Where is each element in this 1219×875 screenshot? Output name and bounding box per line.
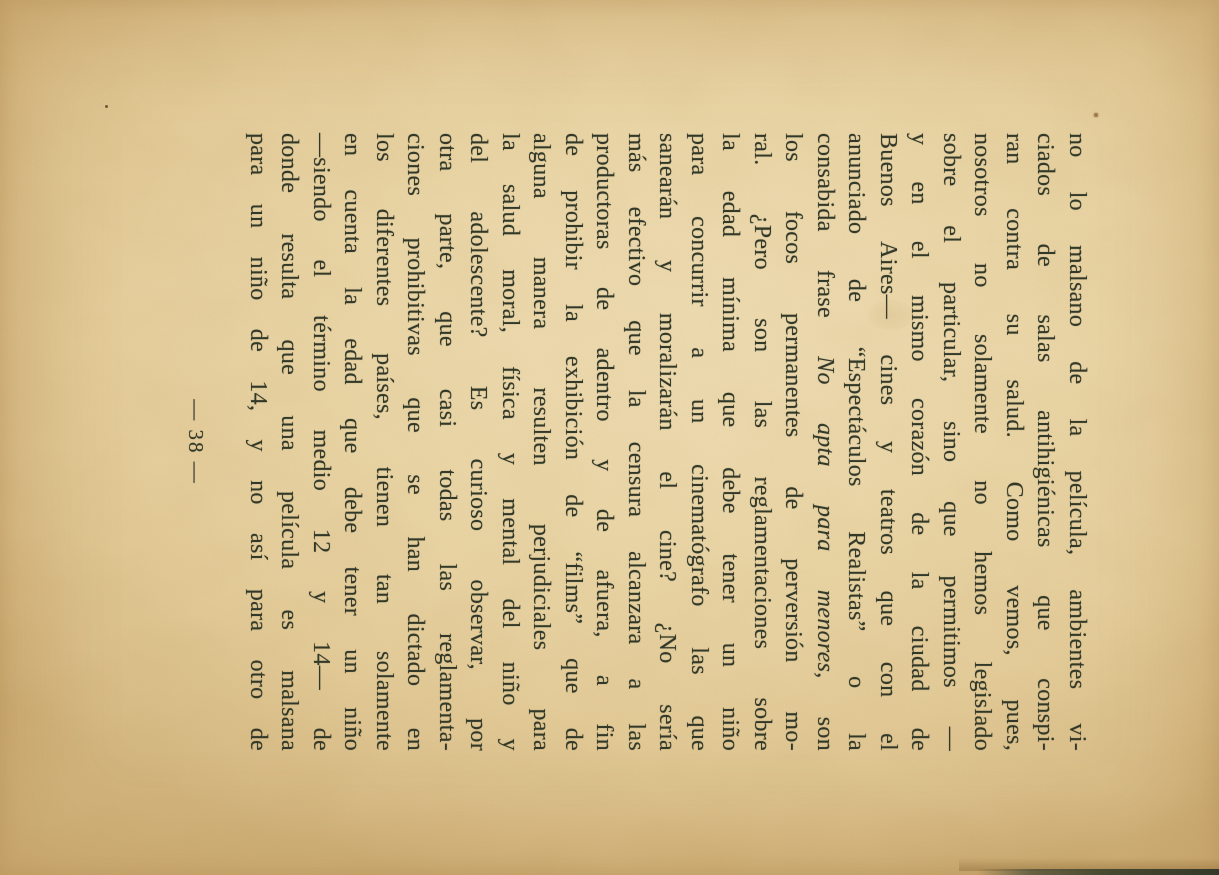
text-segment: anunciado de “Espectáculos Realistas” o … <box>844 133 870 751</box>
text-line: en cuenta la edad que debe tener un niño <box>336 133 368 751</box>
text-line: la edad mínima que debe tener un niño <box>714 133 746 751</box>
page-text: no lo malsano de la película, ambientes … <box>242 133 1095 751</box>
text-line: la salud moral, física y mental del niño… <box>494 133 526 751</box>
text-segment: ral. ¿Pero son las reglamentaciones sobr… <box>749 133 775 751</box>
text-line: los focos permanentes de perversión mo- <box>777 133 809 751</box>
text-segment: sobre el particular, sino que permitimos… <box>938 133 964 751</box>
text-segment: ciados de salas antihigiénicas que consp… <box>1033 133 1059 751</box>
paper-speck <box>105 105 108 108</box>
book-page: no lo malsano de la película, ambientes … <box>184 133 1094 751</box>
text-line: donde resulta que una película es malsan… <box>273 133 305 751</box>
text-segment: ciones prohibitivas que se han dictado e… <box>403 133 429 751</box>
text-segment: productoras de adentro y de afuera, a fi… <box>592 133 618 751</box>
text-line: y en el mismo corazón de la ciudad de <box>903 133 935 751</box>
text-line: ral. ¿Pero son las reglamentaciones sobr… <box>746 133 778 751</box>
text-line: ran contra su salud. Como vemos, pues, <box>998 133 1030 751</box>
text-line: no lo malsano de la película, ambientes … <box>1061 133 1093 751</box>
scanned-book-page: no lo malsano de la película, ambientes … <box>0 0 1219 875</box>
text-line: sanearán y moralizarán el cine? ¿No serí… <box>651 133 683 751</box>
text-line: nosotros no solamente no hemos legislado <box>966 133 998 751</box>
text-line: para concurrir a un cinematógrafo las qu… <box>683 133 715 751</box>
text-line: consabida frase No apta para menores, so… <box>809 133 841 751</box>
text-line: más efectivo que la censura alcanzara a … <box>620 133 652 751</box>
text-line: para un niño de 14, y no así para otro d… <box>242 133 274 751</box>
text-segment: la edad mínima que debe tener un niño <box>718 133 744 751</box>
text-segment: para un niño de 14, y no así para otro d… <box>245 133 271 751</box>
text-segment: donde resulta que una película es malsan… <box>277 133 303 751</box>
text-line: anunciado de “Espectáculos Realistas” o … <box>840 133 872 751</box>
text-segment: alguna manera resulten perjudiciales par… <box>529 133 555 751</box>
text-line: otra parte, que casi todas las reglament… <box>431 133 463 751</box>
text-segment: del adolescente? Es curioso observar, po… <box>466 133 492 751</box>
text-line: productoras de adentro y de afuera, a fi… <box>588 133 620 751</box>
text-segment: otra parte, que casi todas las reglament… <box>434 133 460 751</box>
text-line: ciados de salas antihigiénicas que consp… <box>1029 133 1061 751</box>
text-line: alguna manera resulten perjudiciales par… <box>525 133 557 751</box>
text-segment: consabida frase <box>812 133 838 356</box>
text-line: Buenos Aires— cines y teatros que con el <box>872 133 904 751</box>
text-segment: los focos permanentes de perversión mo- <box>781 133 807 751</box>
text-segment: no lo malsano de la película, ambientes … <box>1064 133 1090 751</box>
text-segment: la salud moral, física y mental del niño… <box>497 133 523 751</box>
text-segment: los diferentes países, tienen tan solame… <box>371 133 397 751</box>
text-segment: sanearán y moralizarán el cine? ¿No serí… <box>655 133 681 751</box>
text-line: —siendo el término medio 12 y 14— de <box>305 133 337 751</box>
italic-phrase: No apta para menores <box>812 356 838 672</box>
text-line: del adolescente? Es curioso observar, po… <box>462 133 494 751</box>
paper-speck <box>1094 113 1098 117</box>
text-segment: , son <box>812 672 838 751</box>
text-segment: más efectivo que la censura alcanzara a … <box>623 133 649 751</box>
text-segment: nosotros no solamente no hemos legislado <box>970 133 996 751</box>
text-segment: Buenos Aires— cines y teatros que con el <box>875 133 901 751</box>
book-edge-strip <box>977 869 1219 875</box>
text-segment: —siendo el término medio 12 y 14— de <box>308 133 334 751</box>
page-number: — 38 — <box>184 133 209 751</box>
text-line: ciones prohibitivas que se han dictado e… <box>399 133 431 751</box>
text-line: los diferentes países, tienen tan solame… <box>368 133 400 751</box>
text-segment: en cuenta la edad que debe tener un niño <box>340 133 366 751</box>
text-line: sobre el particular, sino que permitimos… <box>935 133 967 751</box>
text-segment: ran contra su salud. Como vemos, pues, <box>1001 133 1027 751</box>
text-line: de prohibir la exhibición de “films” que… <box>557 133 589 751</box>
text-segment: de prohibir la exhibición de “films” que… <box>560 133 586 751</box>
text-segment: y en el mismo corazón de la ciudad de <box>907 133 933 751</box>
text-segment: para concurrir a un cinematógrafo las qu… <box>686 133 712 751</box>
